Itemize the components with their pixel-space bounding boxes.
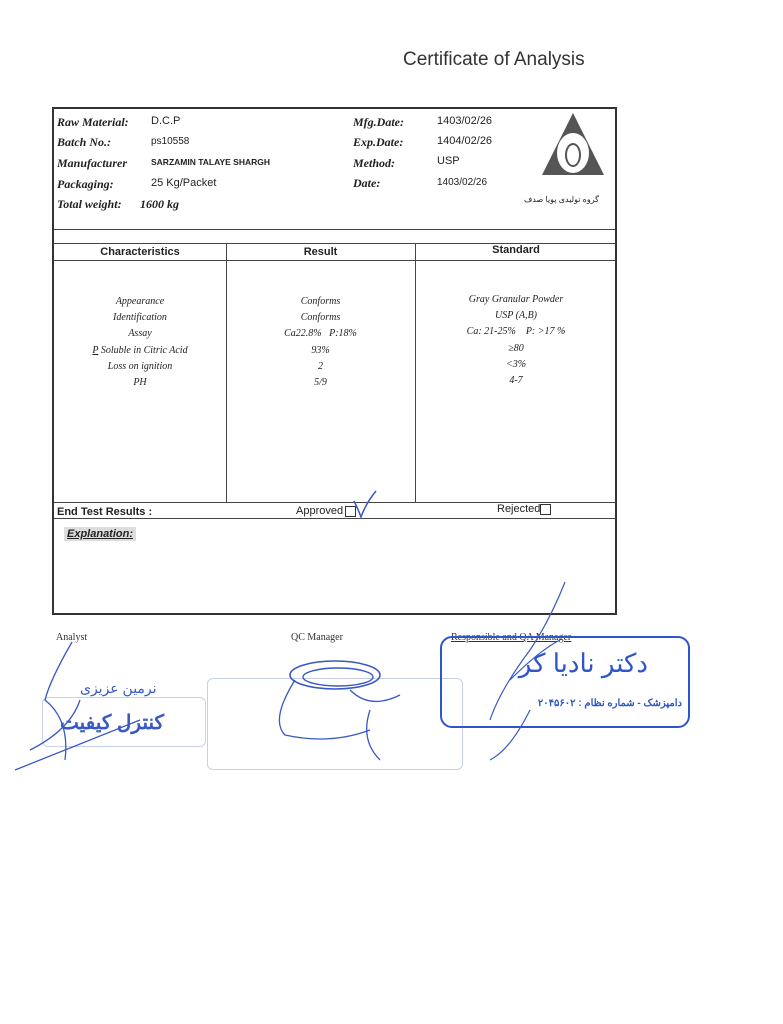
- table-cell: Conforms: [226, 294, 415, 310]
- qc-signature-icon: [240, 650, 440, 775]
- column-header-result: Result: [226, 246, 415, 258]
- table-cell: USP (A,B): [415, 308, 617, 324]
- column-header-standard: Standard: [415, 244, 617, 256]
- method-label: Method:: [353, 156, 395, 171]
- qa-signature-icon: [470, 580, 590, 770]
- rejected-label: Rejected: [497, 503, 540, 515]
- checkmark-icon: [352, 489, 378, 519]
- document-title: Certificate of Analysis: [403, 49, 585, 71]
- qc-manager-label: QC Manager: [291, 632, 343, 643]
- characteristics-column: Appearance Identification Assay P Solubl…: [54, 294, 226, 391]
- batch-no-label: Batch No.:: [57, 135, 111, 150]
- table-cell: 93%: [226, 343, 415, 359]
- certificate-frame: Raw Material: D.C.P Batch No.: ps10558 M…: [52, 107, 617, 615]
- table-cell: Ca: 21-25% P: >17 %: [415, 324, 617, 340]
- total-weight-label: Total weight:: [57, 197, 122, 212]
- rejected-checkbox[interactable]: [540, 504, 551, 515]
- divider: [54, 518, 615, 519]
- end-test-results-label: End Test Results :: [57, 506, 152, 518]
- table-cell: 4-7: [415, 373, 617, 389]
- table-cell: Gray Granular Powder: [415, 292, 617, 308]
- analyst-signature-icon: [10, 640, 210, 775]
- table-cell: Assay: [54, 326, 226, 342]
- table-cell: 2: [226, 359, 415, 375]
- table-cell: Appearance: [54, 294, 226, 310]
- table-cell: Ca22.8% P:18%: [226, 326, 415, 342]
- mfg-date-label: Mfg.Date:: [353, 115, 404, 130]
- packaging-value: 25 Kg/Packet: [151, 177, 216, 189]
- date-value: 1403/02/26: [437, 177, 487, 188]
- total-weight-value: 1600 kg: [140, 197, 179, 212]
- divider: [54, 229, 615, 230]
- result-column: Conforms Conforms Ca22.8% P:18% 93% 2 5/…: [226, 294, 415, 391]
- batch-no-value: ps10558: [151, 136, 189, 147]
- table-cell: <3%: [415, 357, 617, 373]
- manufacturer-label: Manufacturer: [57, 156, 127, 171]
- approved-option[interactable]: Approved: [296, 505, 356, 517]
- company-name: گروه تولیدی پویا صدف: [524, 195, 599, 204]
- explanation-label: Explanation:: [64, 527, 136, 541]
- table-cell: Loss on ignition: [54, 359, 226, 375]
- exp-date-value: 1404/02/26: [437, 135, 492, 147]
- mfg-date-value: 1403/02/26: [437, 115, 492, 127]
- method-value: USP: [437, 155, 460, 167]
- table-cell: PH: [54, 375, 226, 391]
- date-label: Date:: [353, 176, 380, 191]
- exp-date-label: Exp.Date:: [353, 135, 403, 150]
- approved-label: Approved: [296, 505, 343, 517]
- standard-column: Gray Granular Powder USP (A,B) Ca: 21-25…: [415, 292, 617, 389]
- column-header-characteristics: Characteristics: [54, 246, 226, 258]
- raw-material-value: D.C.P: [151, 115, 180, 127]
- divider: [54, 260, 615, 261]
- raw-material-label: Raw Material:: [57, 115, 129, 130]
- manufacturer-value: SARZAMIN TALAYE SHARGH: [151, 157, 270, 167]
- table-cell: Conforms: [226, 310, 415, 326]
- table-cell: Identification: [54, 310, 226, 326]
- table-cell: 5/9: [226, 375, 415, 391]
- company-logo-icon: [540, 111, 606, 177]
- packaging-label: Packaging:: [57, 177, 114, 192]
- table-cell: P Soluble in Citric Acid: [54, 343, 226, 359]
- rejected-option[interactable]: Rejected: [497, 503, 551, 515]
- table-cell: ≥80: [415, 341, 617, 357]
